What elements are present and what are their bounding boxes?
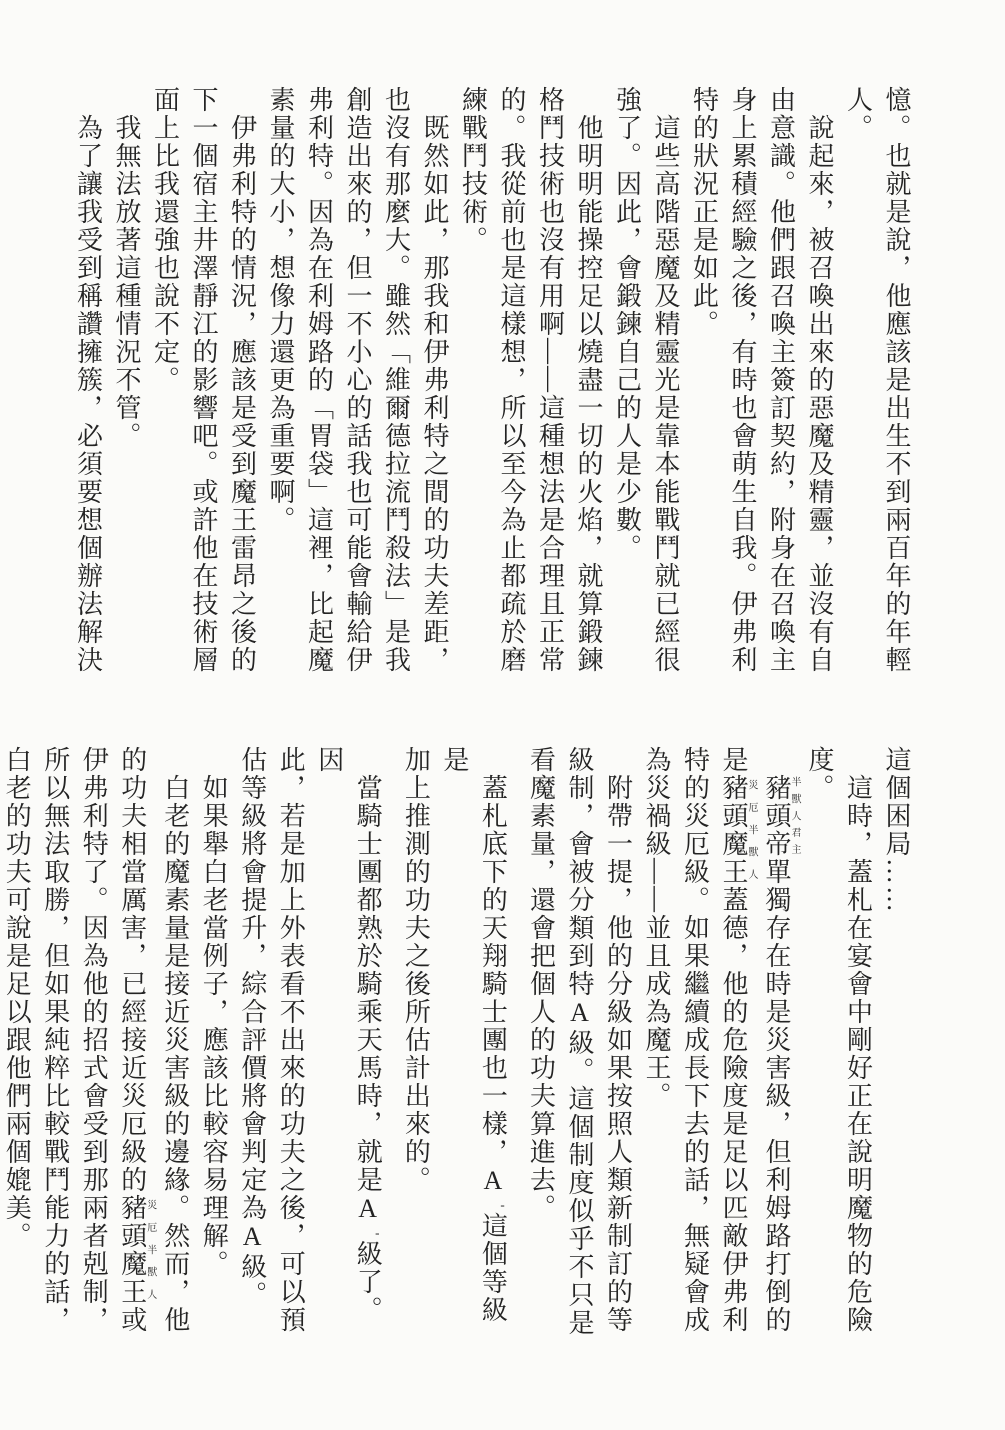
text-run: 由意識。他們跟召喚主簽訂契約，附身在召喚主 — [767, 86, 796, 674]
text-run: 如果舉白老當例子，應該比較容易理解。 — [199, 774, 228, 1278]
text-line: 他明明能操控足以燒盡一切的火焰，就算鍛鍊 — [569, 86, 608, 678]
text-run: 格鬥技術也沒有用啊——這種想法是合理且正常 — [536, 86, 565, 674]
text-line: 我無法放著這種情況不管。 — [107, 86, 146, 678]
text-run: - — [495, 1197, 510, 1212]
text-line: 當騎士團都熟於騎乘天馬時，就是A-級了。因 — [309, 746, 396, 1338]
text-line: 估等級將會提升，綜合評價將會判定為A級。 — [232, 746, 271, 1338]
text-run: 創造出來的，但一不小心的話我也可能會輸給伊 — [343, 86, 372, 674]
text-line: 白老的功夫可說是足以跟他們兩個媲美。 — [0, 746, 35, 1338]
text-run: 的。我從前也是這樣想，所以至今為止都疏於磨 — [497, 86, 526, 674]
text-tier-top: 憶。也就是說，他應該是出生不到兩百年的年輕人。說起來，被召喚出來的惡魔及精靈，並… — [65, 86, 915, 680]
text-run: 既然如此，那我和伊弗利特之間的功夫差距， — [420, 114, 449, 674]
text-line: 為了讓我受到稱讚擁簇，必須要想個辦法解決 — [68, 86, 107, 678]
book-page: 憶。也就是說，他應該是出生不到兩百年的年輕人。說起來，被召喚出來的惡魔及精靈，並… — [0, 0, 1005, 1430]
text-run: 或 — [118, 1306, 147, 1334]
text-line: 說起來，被召喚出來的惡魔及精靈，並沒有自 — [800, 86, 839, 678]
text-line: 練戰鬥技術。 — [453, 86, 492, 678]
text-line: 創造出來的，但一不小心的話我也可能會輸給伊 — [338, 86, 377, 678]
text-run: 練戰鬥技術。 — [459, 86, 488, 254]
text-line: 特的狀況正是如此。 — [684, 86, 723, 678]
text-run: 看魔素量，還會把個人的功夫算進去。 — [527, 746, 556, 1222]
text-run: 級制，會被分類到特 — [565, 746, 594, 998]
text-line: 面上比我還強也說不定。 — [145, 86, 184, 678]
text-line: 下一個宿主井澤靜江的影響吧。或許他在技術層 — [184, 86, 223, 678]
text-run: 說起來，被召喚出來的惡魔及精靈，並沒有自 — [805, 114, 834, 674]
text-line: 的。我從前也是這樣想，所以至今為止都疏於磨 — [492, 86, 531, 678]
text-run: 強了。因此，會鍛鍊自己的人是少數。 — [613, 86, 642, 562]
text-run: 白老的魔素量是接近災害級的邊緣。然而，他 — [161, 774, 190, 1334]
text-run: 級。 — [238, 1253, 267, 1309]
text-run: 憶。也就是說，他應該是出生不到兩百年的年輕 — [882, 86, 911, 674]
text-line: 白老的魔素量是接近災害級的邊緣。然而，他 — [155, 746, 194, 1338]
text-run: 下一個宿主井澤靜江的影響吧。或許他在技術層 — [189, 86, 218, 674]
text-line: 這些高階惡魔及精靈光是靠本能戰鬥就已經很 — [646, 86, 685, 678]
text-run: 弗利特。因為在利姆路的「胃袋」這裡，比起魔 — [305, 86, 334, 674]
text-run: 為了讓我受到稱讚擁簇，必須要想個辦法解決 — [74, 114, 103, 674]
text-line: 素量的大小，想像力還更為重要啊。 — [261, 86, 300, 678]
text-run: A — [353, 1194, 382, 1225]
text-run: - — [370, 1225, 385, 1240]
text-line: 附帶一提，他的分級如果按照人類新制訂的等 — [598, 746, 637, 1338]
text-run: 我無法放著這種情況不管。 — [112, 114, 141, 450]
text-run: 此，若是加上外表看不出來的功夫之後，可以預 — [276, 746, 305, 1334]
text-run: 所以無法取勝，但如果純粹比較戰鬥能力的話， — [41, 746, 70, 1334]
text-line: 看魔素量，還會把個人的功夫算進去。 — [521, 746, 560, 1338]
text-run: 白老的功夫可說是足以跟他們兩個媲美。 — [2, 746, 31, 1250]
text-run: 這個困局…… — [882, 746, 911, 914]
text-line: 如果舉白老當例子，應該比較容易理解。 — [194, 746, 233, 1338]
text-line: 既然如此，那我和伊弗利特之間的功夫差距， — [415, 86, 454, 678]
text-run: 度。 — [805, 746, 834, 802]
text-run: 面上比我還強也說不定。 — [151, 86, 180, 394]
text-run: 單獨存在時是災害級，但利姆路打倒的 — [762, 858, 791, 1334]
text-line: 為災禍級——並且成為魔王。 — [637, 746, 676, 1338]
text-run: 人。 — [844, 86, 873, 142]
text-run: 伊弗利特了。因為他的招式會受到那兩者剋制， — [79, 746, 108, 1334]
text-line: 強了。因此，會鍛鍊自己的人是少數。 — [607, 86, 646, 678]
text-run: 為災禍級——並且成為魔王。 — [642, 746, 671, 1110]
text-line: 憶。也就是說，他應該是出生不到兩百年的年輕 — [877, 86, 916, 678]
text-run: 蓋札底下的天翔騎士團也一樣， — [478, 774, 507, 1166]
text-run: 伊弗利特的情況，應該是受到魔王雷昂之後的 — [228, 114, 257, 674]
text-run: 這些高階惡魔及精靈光是靠本能戰鬥就已經很 — [651, 114, 680, 674]
text-run: 附帶一提，他的分級如果按照人類新制訂的等 — [604, 774, 633, 1334]
text-run: A — [238, 1222, 267, 1253]
text-run: 的功夫相當厲害，已經接近災厄級的 — [118, 746, 147, 1194]
text-line: 這時，蓋札在宴會中剛好正在說明魔物的危險 — [838, 746, 877, 1338]
text-line: 由意識。他們跟召喚主簽訂契約，附身在召喚主 — [761, 86, 800, 678]
text-line: 級制，會被分類到特A級。這個制度似乎不只是 — [560, 746, 599, 1338]
text-line: 伊弗利特了。因為他的招式會受到那兩者剋制， — [74, 746, 113, 1338]
text-run: A — [565, 998, 594, 1029]
text-tier-bottom: 這個困局……這時，蓋札在宴會中剛好正在說明魔物的危險度。豬頭帝半獸人君主單獨存在… — [65, 746, 915, 1340]
ruby-annotation: 豬頭魔王災厄半獸人 — [118, 1194, 147, 1306]
ruby-annotation: 豬頭魔王災厄半獸人 — [719, 774, 748, 886]
text-line: 弗利特。因為在利姆路的「胃袋」這裡，比起魔 — [299, 86, 338, 678]
text-line: 伊弗利特的情況，應該是受到魔王雷昂之後的 — [222, 86, 261, 678]
text-line: 特的災厄級。如果繼續成長下去的話，無疑會成 — [675, 746, 714, 1338]
text-line: 的功夫相當厲害，已經接近災厄級的豬頭魔王災厄半獸人或 — [112, 746, 155, 1338]
text-run: 這時，蓋札在宴會中剛好正在說明魔物的危險 — [844, 774, 873, 1334]
text-line: 蓋札底下的天翔騎士團也一樣，A-這個等級是 — [434, 746, 521, 1338]
text-run: 加上推測的功夫之後所估計出來的。 — [401, 746, 430, 1194]
text-line: 是豬頭魔王災厄半獸人蓋德，他的危險度是足以匹敵伊弗利 — [714, 746, 757, 1338]
text-line: 所以無法取勝，但如果純粹比較戰鬥能力的話， — [35, 746, 74, 1338]
text-run: A — [478, 1166, 507, 1197]
text-run: 是 — [719, 746, 748, 774]
text-run: 身上累積經驗之後，有時也會萌生自我。伊弗利 — [728, 86, 757, 674]
text-run: 估等級將會提升，綜合評價將會判定為 — [238, 746, 267, 1222]
text-line: 身上累積經驗之後，有時也會萌生自我。伊弗利 — [723, 86, 762, 678]
text-run: 蓋德，他的危險度是足以匹敵伊弗利 — [719, 886, 748, 1334]
text-run: 級。這個制度似乎不只是 — [565, 1029, 594, 1337]
text-line: 豬頭帝半獸人君主單獨存在時是災害級，但利姆路打倒的 — [757, 746, 800, 1338]
text-line: 格鬥技術也沒有用啊——這種想法是合理且正常 — [530, 86, 569, 678]
text-line: 此，若是加上外表看不出來的功夫之後，可以預 — [271, 746, 310, 1338]
text-line: 人。 — [838, 86, 877, 678]
text-line: 加上推測的功夫之後所估計出來的。 — [396, 746, 435, 1338]
text-run: 特的災厄級。如果繼續成長下去的話，無疑會成 — [681, 746, 710, 1334]
text-line: 度。 — [800, 746, 839, 1338]
text-run: 他明明能操控足以燒盡一切的火焰，就算鍛鍊 — [574, 114, 603, 674]
text-run: 素量的大小，想像力還更為重要啊。 — [266, 86, 295, 534]
text-run: 也沒有那麼大。雖然「維爾德拉流鬥殺法」是我 — [382, 86, 411, 674]
text-run: 特的狀況正是如此。 — [690, 86, 719, 338]
text-line: 這個困局…… — [877, 746, 916, 1338]
text-line: 也沒有那麼大。雖然「維爾德拉流鬥殺法」是我 — [376, 86, 415, 678]
ruby-annotation: 豬頭帝半獸人君主 — [762, 774, 791, 858]
text-run: 當騎士團都熟於騎乘天馬時，就是 — [353, 774, 382, 1194]
